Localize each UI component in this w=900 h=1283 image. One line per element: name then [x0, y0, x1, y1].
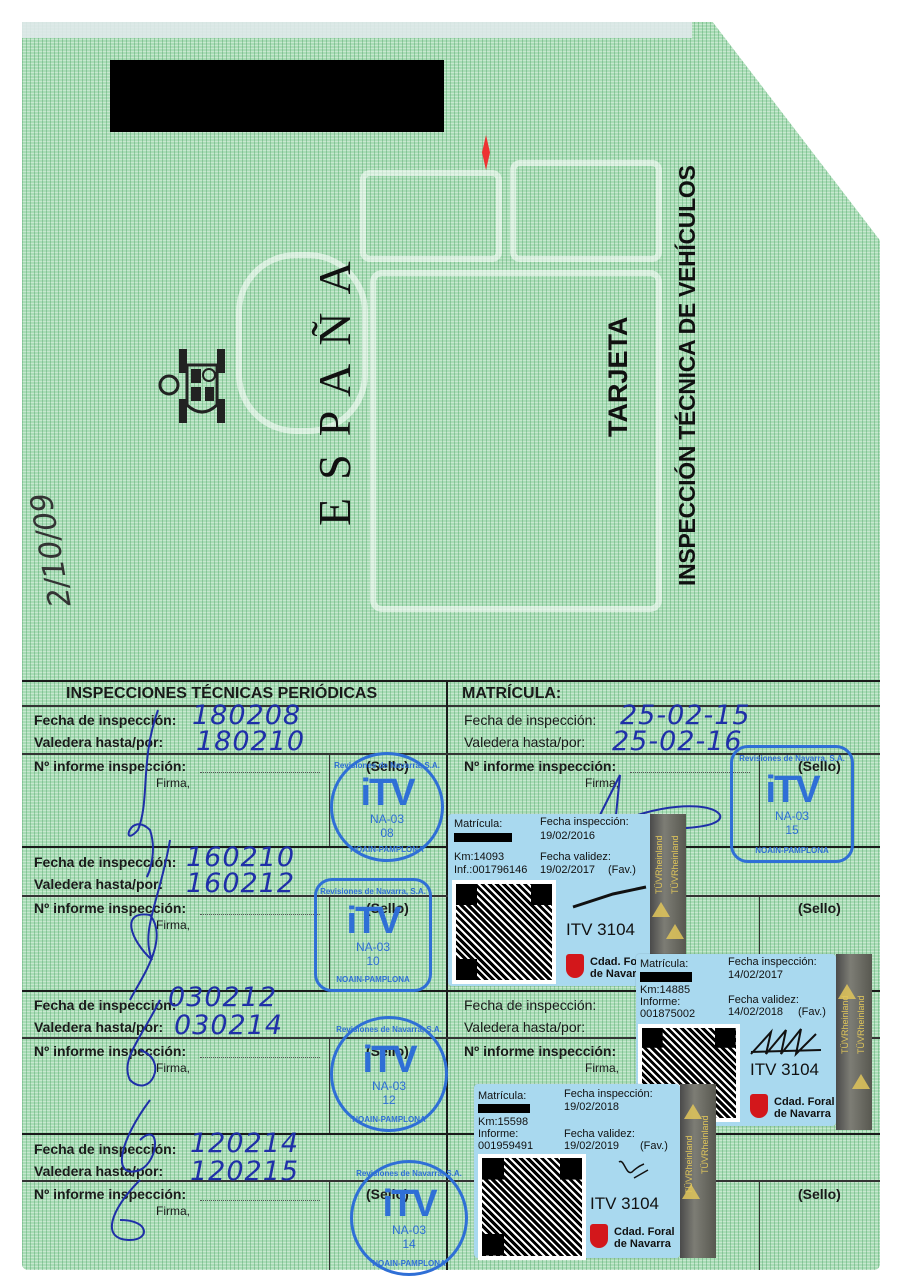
stamp-city: NOAIN-PAMPLONA: [317, 975, 429, 984]
matricula-label: Matrícula:: [640, 958, 688, 971]
stamp-company: Revisiones de Navarra, S.A.: [733, 754, 851, 763]
station-code: ITV 3104: [590, 1194, 659, 1214]
signature: [568, 882, 648, 912]
fecha-inspeccion-value: 19/02/2016: [540, 830, 595, 843]
country-title: ESPAÑA: [308, 243, 361, 526]
sello-label: (Sello): [798, 1186, 841, 1202]
tuv-triangle-icon: [684, 1104, 702, 1119]
stamp-number: 15: [785, 823, 798, 837]
watermark-pillar: [510, 160, 662, 262]
authority-line2: de Navarra: [774, 1108, 831, 1120]
station-code: ITV 3104: [750, 1060, 819, 1080]
fecha-inspeccion-value: 19/02/2018: [564, 1101, 619, 1114]
tuv-triangle-icon: [682, 1184, 700, 1199]
fecha-value: 120214: [190, 1128, 299, 1159]
itv-logo: iTV: [382, 1185, 435, 1223]
navarra-shield-icon: [750, 1094, 768, 1118]
signature: [746, 1024, 826, 1060]
itv-stamp: Revisiones de Navarra, S.A. iTV NA-03 14…: [350, 1160, 468, 1276]
valedera-label: Valedera hasta/por:: [464, 1019, 585, 1035]
itv-stamp: Revisiones de Navarra, S.A. iTV NA-03 15…: [730, 745, 854, 863]
itv-logo: iTV: [346, 902, 399, 940]
tuv-triangle-icon: [852, 1074, 870, 1089]
navarra-shield-icon: [590, 1224, 608, 1248]
watermark-crown: [360, 170, 502, 262]
stamp-company: Revisiones de Navarra, S.A.: [353, 1169, 465, 1178]
holo-text: TÜVRheinland: [654, 835, 664, 894]
firma-label: Firma,: [585, 1061, 619, 1075]
valedera-label: Valedera hasta/por:: [464, 734, 585, 750]
informe-field[interactable]: [200, 1057, 320, 1058]
itv-logo: iTV: [362, 1041, 415, 1079]
redacted-plate: [454, 833, 512, 842]
matricula-label: Matrícula:: [478, 1090, 526, 1103]
valedera-value: 180210: [196, 726, 305, 757]
km-value: Km:14093: [454, 851, 504, 864]
informe-value: Inf.:001796146: [454, 864, 527, 877]
signature: [614, 1156, 654, 1182]
stamp-code: NA-03: [370, 812, 404, 826]
holo-text: TÜVRheinland: [840, 995, 850, 1054]
itv-sticker-2018: Matrícula: Fecha inspección: 19/02/2018 …: [474, 1084, 680, 1258]
valedera-value: 160212: [186, 868, 295, 899]
stamp-city: NOAIN-PAMPLONA: [733, 846, 851, 855]
result-badge: (Fav.): [798, 1006, 826, 1019]
stamp-city: NOAIN-PAMPLONA: [333, 845, 441, 854]
fecha-inspeccion-value: 14/02/2017: [728, 969, 783, 982]
stamp-company: Revisiones de Navarra, S.A.: [333, 1025, 445, 1034]
inspector-signature: [80, 700, 200, 1260]
holo-text: TÜVRheinland: [670, 835, 680, 894]
sello-divider: [329, 1037, 330, 1133]
holo-text: TÜVRheinland: [700, 1115, 710, 1174]
fecha-label: Fecha de inspección:: [464, 997, 596, 1013]
fecha-validez-value: 14/02/2018: [728, 1006, 783, 1019]
card-top-edge: [22, 22, 692, 38]
tuv-triangle-icon: [666, 924, 684, 939]
matricula-label: Matrícula:: [454, 818, 502, 831]
station-code: ITV 3104: [566, 920, 635, 940]
redacted-plate: [640, 972, 692, 982]
fecha-validez-label: Fecha validez:: [540, 851, 611, 864]
fecha-label: Fecha de inspección:: [464, 712, 596, 728]
valedera-value: 120215: [190, 1156, 299, 1187]
redacted-plate: [478, 1104, 530, 1113]
authority-line1: Cdad. Foral: [774, 1096, 835, 1108]
table-top-border: [22, 680, 880, 682]
stamp-code: NA-03: [775, 809, 809, 823]
navarra-shield-icon: [566, 954, 584, 978]
stamp-code: NA-03: [392, 1223, 426, 1237]
stamp-number: 10: [366, 954, 379, 968]
authority-line2: de Navarra: [614, 1238, 671, 1250]
tuv-hologram: TÜVRheinland TÜVRheinland: [836, 954, 872, 1130]
itv-stamp: Revisiones de Navarra, S.A. iTV NA-03 12…: [330, 1016, 448, 1132]
right-table-header: MATRÍCULA:: [462, 685, 561, 703]
qr-code: [452, 880, 556, 984]
sello-label: (Sello): [798, 900, 841, 916]
tuv-triangle-icon: [652, 902, 670, 917]
stamp-number: 08: [380, 826, 393, 840]
spain-coat-of-arms-icon: [157, 343, 243, 427]
stamp-number: 12: [382, 1093, 395, 1107]
stamp-city: NOAIN-PAMPLONA: [333, 1115, 445, 1124]
fecha-validez-value: 19/02/2017: [540, 864, 595, 877]
stamp-company: Revisiones de Navarra, S.A.: [317, 887, 429, 896]
informe-field[interactable]: [200, 914, 320, 915]
result-badge: (Fav.): [640, 1140, 668, 1153]
sello-divider: [759, 1180, 760, 1270]
fecha-validez-value: 19/02/2019: [564, 1140, 619, 1153]
fecha-inspeccion-label: Fecha inspección:: [564, 1088, 653, 1101]
itv-stamp: Revisiones de Navarra, S.A. iTV NA-03 08…: [330, 752, 444, 862]
itv-stamp: Revisiones de Navarra, S.A. iTV NA-03 10…: [314, 878, 432, 992]
tuv-hologram: TÜVRheinland TÜVRheinland: [680, 1084, 716, 1258]
result-badge: (Fav.): [608, 864, 636, 877]
itv-logo: iTV: [765, 771, 818, 809]
redacted-owner-block: [110, 60, 444, 132]
sello-divider: [329, 1180, 330, 1270]
card-subtitle: INSPECCIÓN TÉCNICA DE VEHÍCULOS: [674, 165, 701, 586]
stamp-city: NOAIN-PAMPLONA: [353, 1259, 465, 1268]
tuv-triangle-icon: [838, 984, 856, 999]
stamp-code: NA-03: [356, 940, 390, 954]
stamp-company: Revisiones de Navarra, S.A.: [333, 761, 441, 770]
itv-sticker-2016: Matrícula: Fecha inspección: 19/02/2016 …: [448, 814, 656, 986]
qr-code: [478, 1154, 586, 1260]
tuv-hologram: TÜVRheinland TÜVRheinland: [650, 814, 686, 954]
informe-label: Nº informe inspección:: [464, 1043, 616, 1059]
fecha-inspeccion-label: Fecha inspección:: [728, 956, 817, 969]
holo-text: TÜVRheinland: [856, 995, 866, 1054]
stamp-number: 14: [402, 1237, 415, 1251]
valedera-value: 25-02-16: [612, 726, 743, 757]
informe-value: 001875002: [640, 1008, 695, 1021]
informe-value: 001959491: [478, 1140, 533, 1153]
itv-logo: iTV: [360, 774, 413, 812]
authority-line1: Cdad. Foral: [614, 1226, 675, 1238]
fecha-inspeccion-label: Fecha inspección:: [540, 816, 629, 829]
card-title: TARJETA: [603, 317, 634, 438]
informe-field[interactable]: [200, 772, 320, 773]
stamp-code: NA-03: [372, 1079, 406, 1093]
informe-field[interactable]: [200, 1200, 320, 1201]
